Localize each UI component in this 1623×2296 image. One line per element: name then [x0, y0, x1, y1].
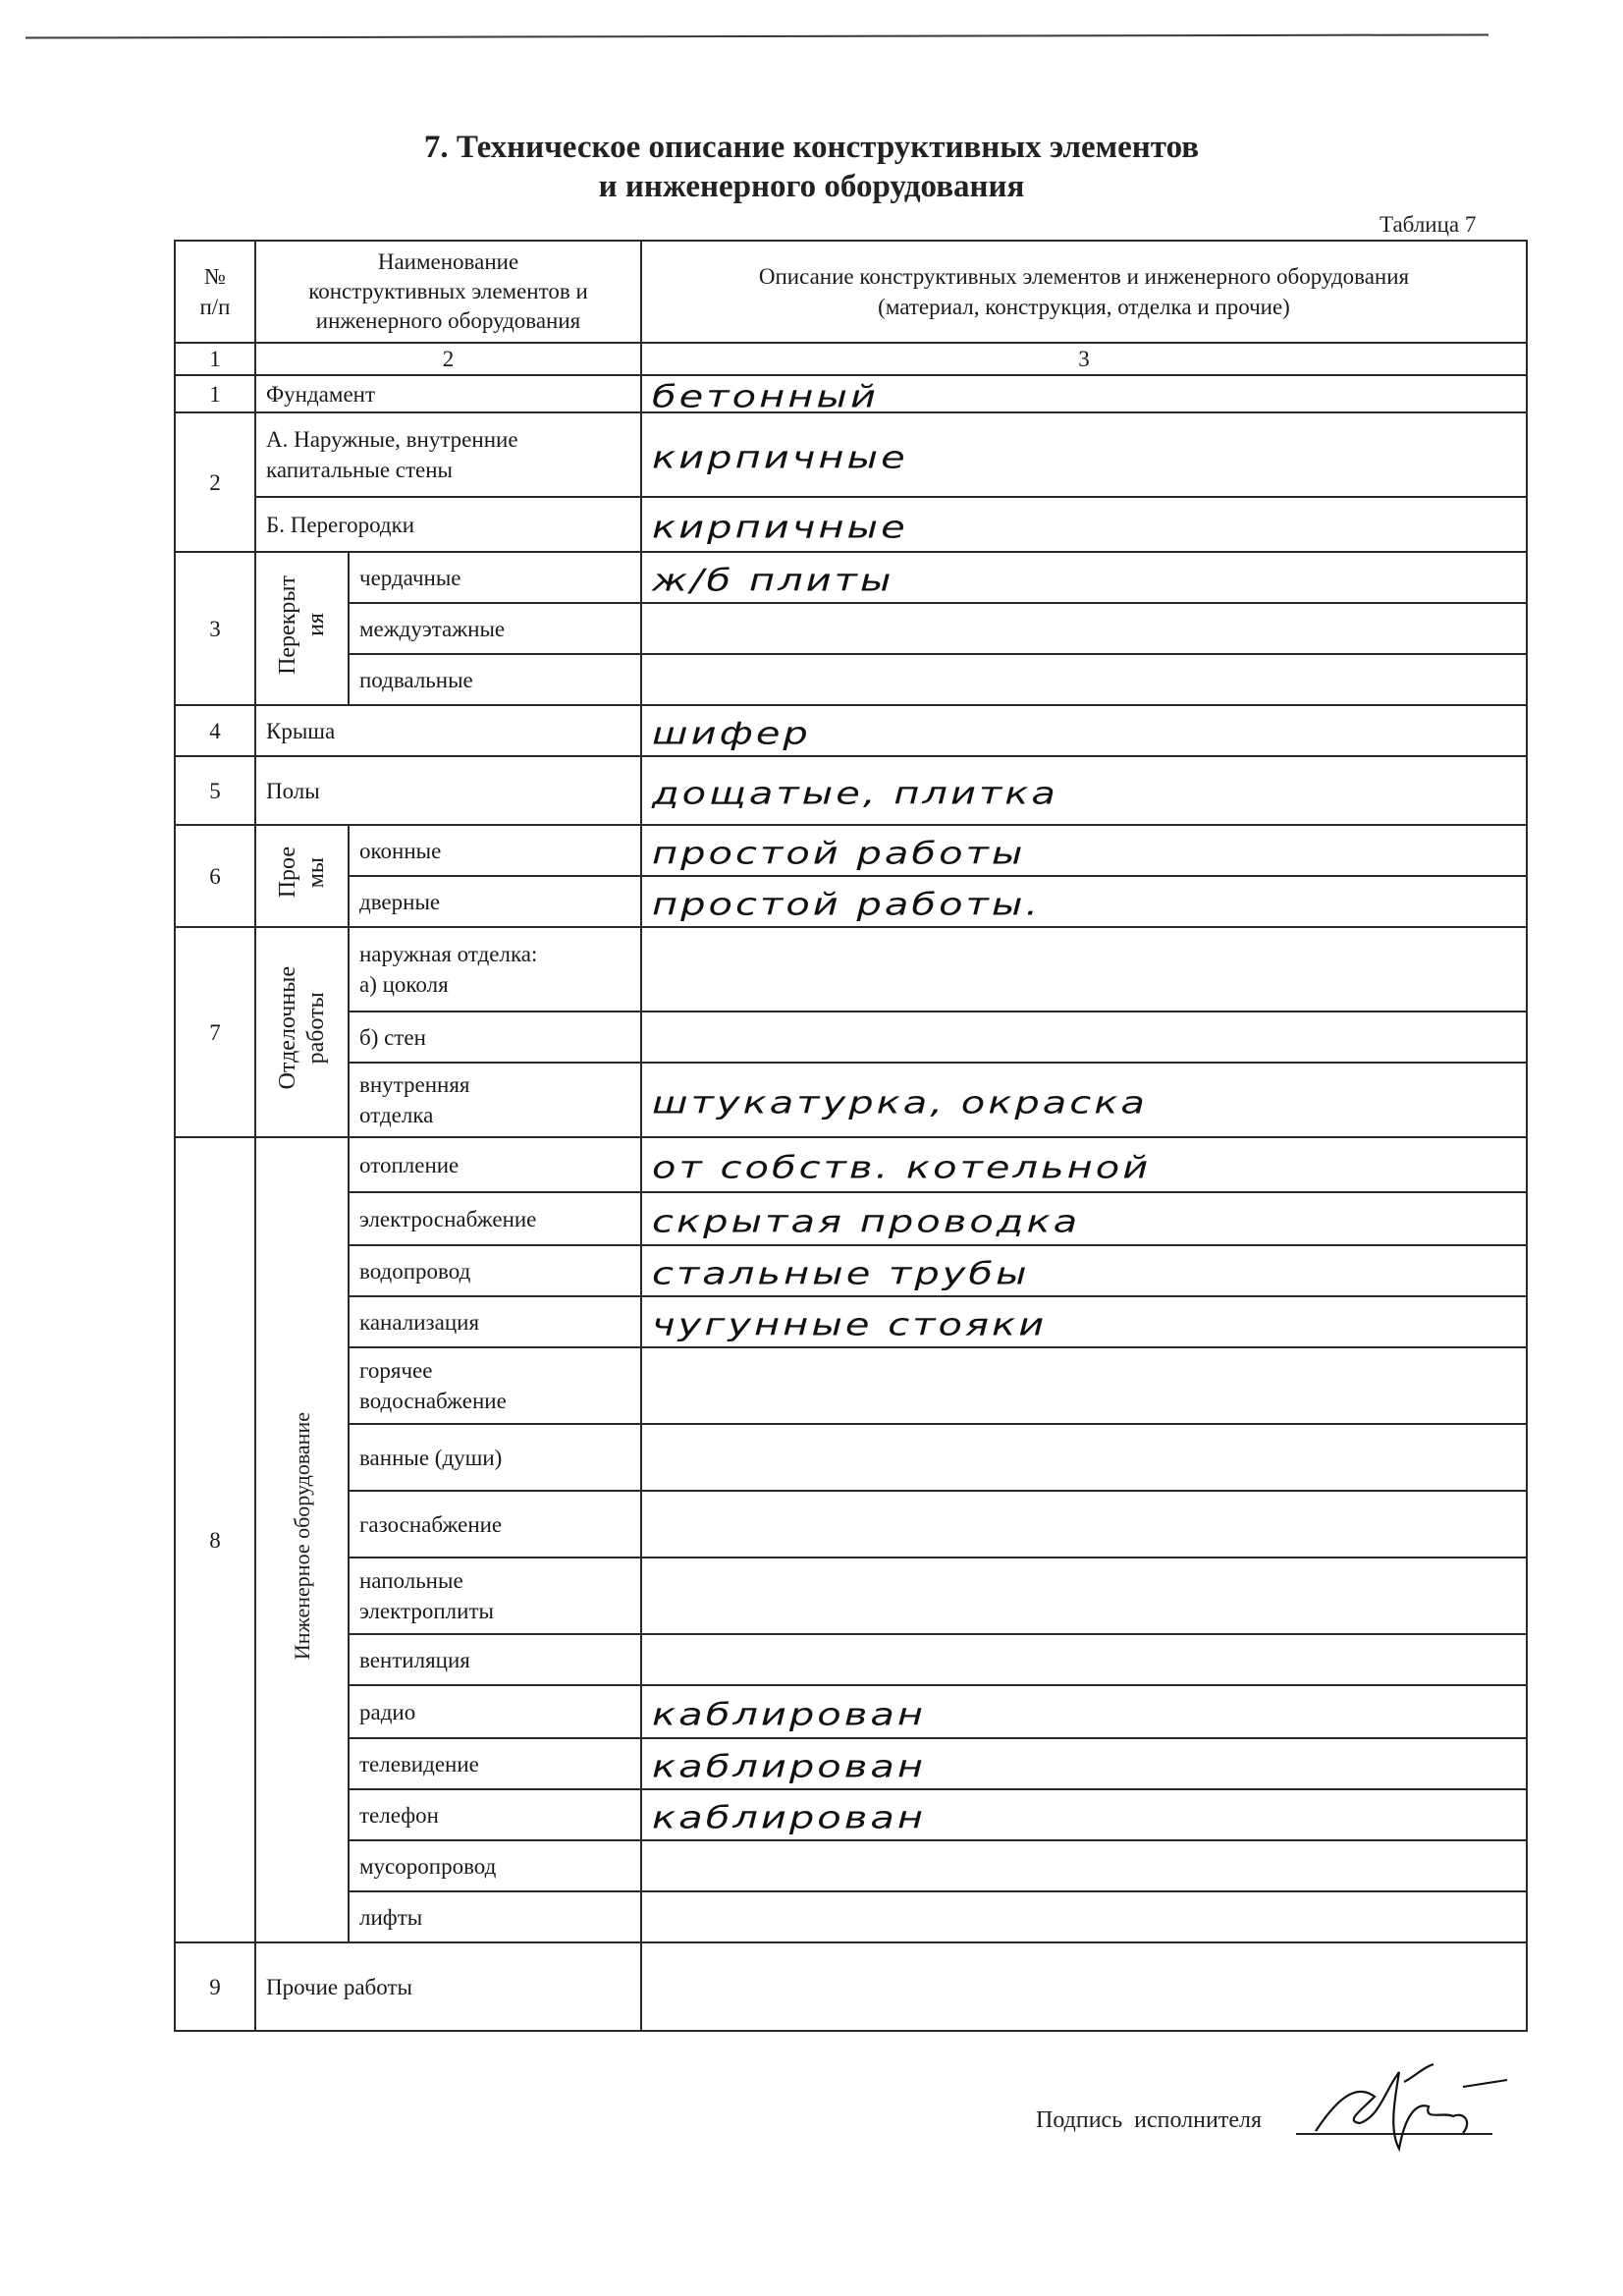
table-row: горячее водоснабжение: [175, 1347, 1527, 1424]
element-name: ванные (души): [349, 1424, 641, 1491]
element-description[interactable]: каблирован: [641, 1738, 1527, 1789]
element-description[interactable]: стальные трубы: [641, 1245, 1527, 1296]
row-number: 4: [175, 705, 255, 756]
group-label: Отделочные работы: [274, 966, 331, 1089]
table-row: междуэтажные: [175, 603, 1527, 654]
element-description[interactable]: штукатурка, окраска: [641, 1063, 1527, 1137]
group-label-cell: Инженерное оборудование: [255, 1137, 349, 1942]
element-name: Крыша: [255, 705, 641, 756]
table-row: дверныепростой работы.: [175, 876, 1527, 927]
element-description[interactable]: простой работы: [641, 825, 1527, 876]
element-name: отопление: [349, 1137, 641, 1192]
group-label-cell: Отделочные работы: [255, 927, 349, 1137]
group-label-cell: Прое мы: [255, 825, 349, 927]
element-name: дверные: [349, 876, 641, 927]
element-description[interactable]: кирпичные: [641, 412, 1527, 497]
element-description[interactable]: скрытая проводка: [641, 1192, 1527, 1245]
handwritten-value: от собств. котельной: [652, 1156, 1516, 1179]
handwritten-value: штукатурка, окраска: [652, 1091, 1516, 1115]
table-row: 2А. Наружные, внутренние капитальные сте…: [175, 412, 1527, 497]
element-description[interactable]: [641, 1424, 1527, 1491]
table-row: телевидениекаблирован: [175, 1738, 1527, 1789]
element-name: Фундамент: [255, 375, 641, 412]
table-row: мусоропровод: [175, 1840, 1527, 1891]
table-row: вентиляция: [175, 1634, 1527, 1685]
table-row: Б. Перегородкикирпичные: [175, 497, 1527, 552]
element-description[interactable]: [641, 1347, 1527, 1424]
handwritten-value: каблирован: [652, 1755, 1516, 1778]
handwritten-value: простой работы: [652, 842, 1516, 865]
element-name: радио: [349, 1685, 641, 1738]
table-row: телефонкаблирован: [175, 1789, 1527, 1840]
table-row: подвальные: [175, 654, 1527, 705]
element-description[interactable]: дощатые, плитка: [641, 756, 1527, 825]
group-label: Инженерное оборудование: [288, 1412, 316, 1660]
handwritten-value: кирпичные: [652, 516, 1516, 539]
element-name: электроснабжение: [349, 1192, 641, 1245]
row-number: 3: [175, 552, 255, 705]
row-number: 6: [175, 825, 255, 927]
element-name: телевидение: [349, 1738, 641, 1789]
group-label-cell: Перекрыт ия: [255, 552, 349, 705]
table-row: напольные электроплиты: [175, 1558, 1527, 1634]
element-name: подвальные: [349, 654, 641, 705]
element-name: горячее водоснабжение: [349, 1347, 641, 1424]
element-description[interactable]: [641, 1558, 1527, 1634]
signature-scribble-icon: [1306, 2062, 1512, 2156]
page-title: 7. Техническое описание конструктивных э…: [0, 128, 1623, 206]
table-row: внутренняя отделкаштукатурка, окраска: [175, 1063, 1527, 1137]
element-description[interactable]: [641, 1840, 1527, 1891]
element-name: газоснабжение: [349, 1491, 641, 1558]
element-name: А. Наружные, внутренние капитальные стен…: [255, 412, 641, 497]
element-description[interactable]: каблирован: [641, 1789, 1527, 1840]
handwritten-value: кирпичные: [652, 446, 1516, 469]
element-name: канализация: [349, 1296, 641, 1347]
handwritten-value: дощатые, плитка: [652, 782, 1516, 805]
title-line-2: и инженерного оборудования: [0, 167, 1623, 206]
header-row: № п/п Наименование конструктивных элемен…: [175, 241, 1527, 343]
element-description[interactable]: шифер: [641, 705, 1527, 756]
row-number: 9: [175, 1942, 255, 2031]
element-description[interactable]: от собств. котельной: [641, 1137, 1527, 1192]
element-name: телефон: [349, 1789, 641, 1840]
table-row: 9Прочие работы: [175, 1942, 1527, 2031]
element-description[interactable]: [641, 1491, 1527, 1558]
table-row: водопроводстальные трубы: [175, 1245, 1527, 1296]
row-number: 1: [175, 375, 255, 412]
element-name: вентиляция: [349, 1634, 641, 1685]
table-row: 8Инженерное оборудованиеотоплениеот собс…: [175, 1137, 1527, 1192]
element-description[interactable]: бетонный: [641, 375, 1527, 412]
element-name: напольные электроплиты: [349, 1558, 641, 1634]
element-name: оконные: [349, 825, 641, 876]
row-number: 5: [175, 756, 255, 825]
table-label: Таблица 7: [1380, 212, 1476, 238]
title-line-1: 7. Техническое описание конструктивных э…: [0, 128, 1623, 167]
row-number: 7: [175, 927, 255, 1137]
table-row: 4Крышашифер: [175, 705, 1527, 756]
element-description[interactable]: [641, 1942, 1527, 2031]
handwritten-value: простой работы.: [652, 893, 1516, 916]
element-name: междуэтажные: [349, 603, 641, 654]
table-row: 6Прое мыоконныепростой работы: [175, 825, 1527, 876]
element-description[interactable]: чугунные стояки: [641, 1296, 1527, 1347]
element-name: внутренняя отделка: [349, 1063, 641, 1137]
element-name: б) стен: [349, 1011, 641, 1063]
row-number: 2: [175, 412, 255, 552]
handwritten-value: шифер: [652, 722, 1516, 745]
table-row: 7Отделочные работынаружная отделка: а) ц…: [175, 927, 1527, 1011]
column-number-row: 1 2 3: [175, 343, 1527, 375]
element-name: Прочие работы: [255, 1942, 641, 2031]
element-name: Б. Перегородки: [255, 497, 641, 552]
element-description[interactable]: ж/б плиты: [641, 552, 1527, 603]
header-description: Описание конструктивных элементов и инже…: [641, 241, 1527, 343]
handwritten-value: ж/б плиты: [652, 569, 1516, 592]
element-name: водопровод: [349, 1245, 641, 1296]
element-description[interactable]: [641, 603, 1527, 654]
element-description[interactable]: [641, 654, 1527, 705]
handwritten-value: каблирован: [652, 1806, 1516, 1830]
handwritten-value: стальные трубы: [652, 1262, 1516, 1285]
handwritten-value: бетонный: [652, 385, 1516, 409]
element-name: Полы: [255, 756, 641, 825]
element-description[interactable]: [641, 1634, 1527, 1685]
table-row: 5Полыдощатые, плитка: [175, 756, 1527, 825]
table-row: радиокаблирован: [175, 1685, 1527, 1738]
table-row: ванные (души): [175, 1424, 1527, 1491]
header-element-name: Наименование конструктивных элементов и …: [255, 241, 641, 343]
handwritten-value: каблирован: [652, 1703, 1516, 1726]
technical-description-table: № п/п Наименование конструктивных элемен…: [174, 240, 1528, 2032]
element-name: мусоропровод: [349, 1840, 641, 1891]
column-number-3: 3: [641, 343, 1527, 375]
group-label: Перекрыт ия: [274, 575, 331, 675]
element-name: чердачные: [349, 552, 641, 603]
table-row: б) стен: [175, 1011, 1527, 1063]
table-row: канализациячугунные стояки: [175, 1296, 1527, 1347]
column-number-1: 1: [175, 343, 255, 375]
table-row: 1Фундаментбетонный: [175, 375, 1527, 412]
table-row: газоснабжение: [175, 1491, 1527, 1558]
handwritten-value: скрытая проводка: [652, 1210, 1516, 1233]
table-row: лифты: [175, 1891, 1527, 1942]
element-name: наружная отделка: а) цоколя: [349, 927, 641, 1011]
group-label: Прое мы: [274, 847, 331, 898]
table-row: 3Перекрыт иячердачныеж/б плиты: [175, 552, 1527, 603]
element-description[interactable]: простой работы.: [641, 876, 1527, 927]
signature-label: Подпись исполнителя: [1036, 2107, 1262, 2134]
element-description[interactable]: [641, 1891, 1527, 1942]
scan-edge-line: [26, 33, 1488, 38]
column-number-2: 2: [255, 343, 641, 375]
element-name: лифты: [349, 1891, 641, 1942]
element-description[interactable]: [641, 1011, 1527, 1063]
header-number: № п/п: [175, 241, 255, 343]
handwritten-value: чугунные стояки: [652, 1313, 1516, 1337]
element-description[interactable]: кирпичные: [641, 497, 1527, 552]
table-row: электроснабжениескрытая проводка: [175, 1192, 1527, 1245]
element-description[interactable]: каблирован: [641, 1685, 1527, 1738]
row-number: 8: [175, 1137, 255, 1942]
element-description[interactable]: [641, 927, 1527, 1011]
